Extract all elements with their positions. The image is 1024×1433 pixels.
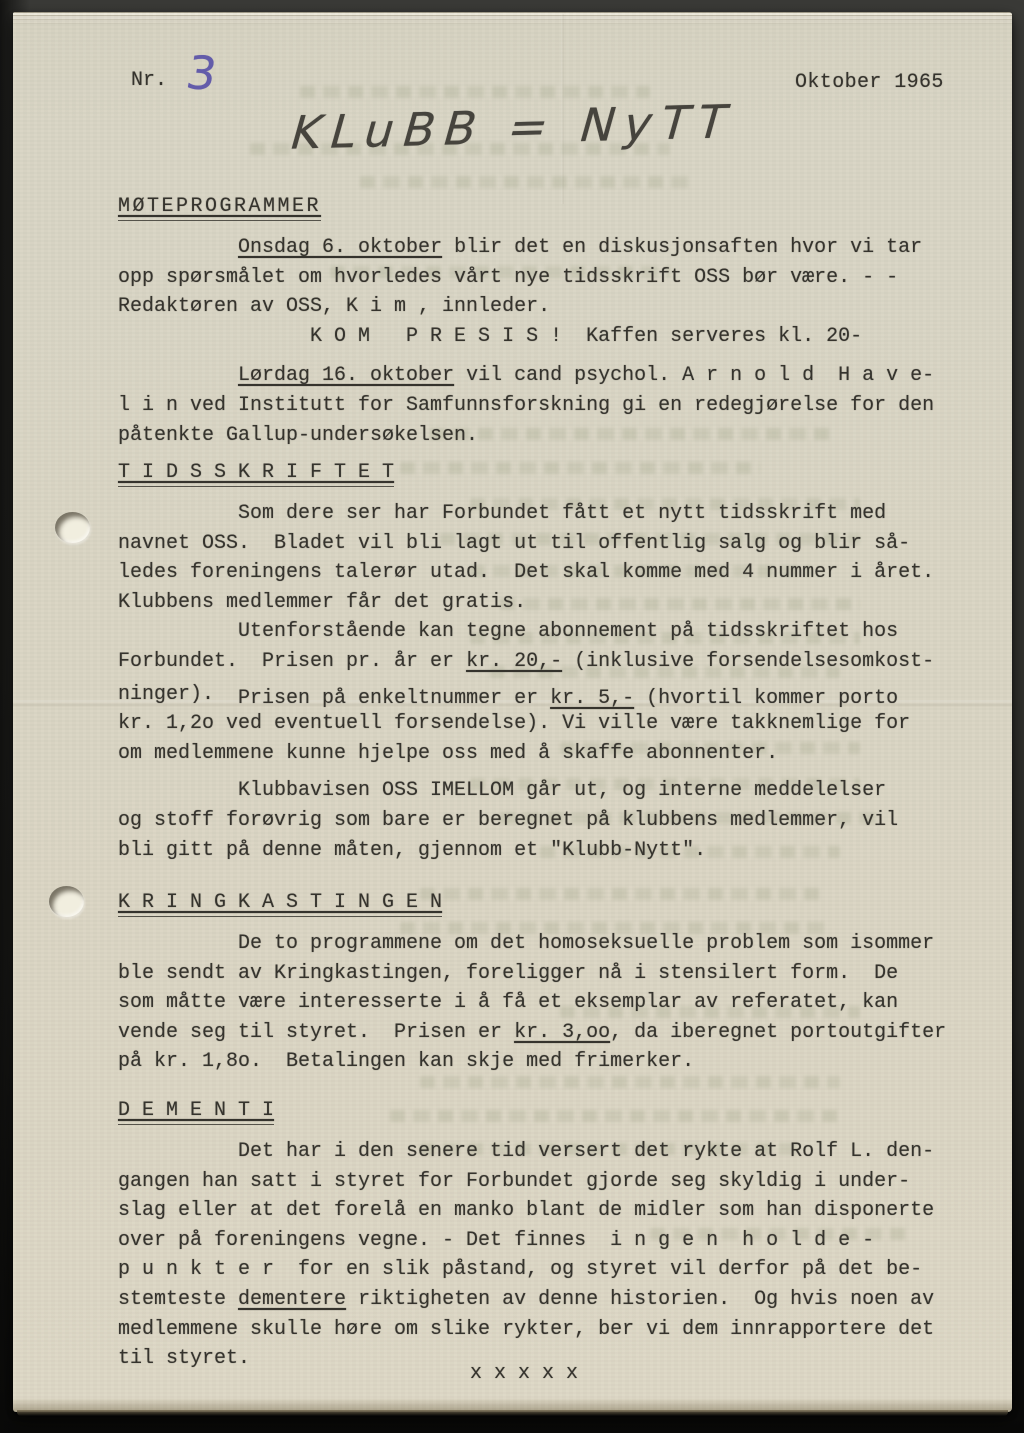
text-line: medlemmene skulle høre om slike rykter, … — [118, 1315, 988, 1345]
text-segment: (inklusive forsendelsesomkost- — [562, 650, 934, 673]
text-line: Det har i den senere tid versert det ryk… — [118, 1137, 988, 1167]
text-line: bli gitt på denne måten, gjennom et "Klu… — [118, 836, 988, 866]
scanner-background: { "document": { "masthead": { "number_la… — [0, 0, 1024, 1433]
text-line: og stoff forøvrig som bare er beregnet p… — [118, 806, 988, 836]
text-line: Utenforstående kan tegne abonnement på t… — [118, 617, 988, 647]
text-segment: Klubbavisen OSS IMELLOM går ut, og inter… — [118, 779, 886, 802]
text-segment: ledes foreningens talerør utad. Det skal… — [118, 561, 934, 584]
underlined-text: kr. 5,- — [550, 687, 634, 710]
section: D E M E N T I Det har i den senere tid v… — [118, 1099, 988, 1374]
end-marker: x x x x x — [470, 1362, 578, 1385]
section: K R I N G K A S T I N G E N De to progra… — [118, 891, 988, 1077]
underlined-text: kr. 3,oo — [514, 1021, 610, 1044]
section-heading: K R I N G K A S T I N G E N — [118, 891, 442, 917]
underlined-text: kr. 20,- — [466, 650, 562, 673]
text-line: på kr. 1,8o. Betalingen kan skje med fri… — [118, 1047, 988, 1077]
punch-hole-icon — [49, 886, 84, 917]
section-heading: T I D S S K R I F T E T — [118, 461, 394, 487]
text-segment: vende seg til styret. Prisen er — [118, 1021, 514, 1044]
text-line: Klubbens medlemmer får det gratis. — [118, 588, 988, 618]
bleed-through-text — [360, 176, 690, 188]
text-line: l i n ved Institutt for Samfunnsforsknin… — [118, 391, 988, 421]
text-segment: til styret. — [118, 1347, 250, 1370]
text-segment: ble sendt av Kringkastingen, foreligger … — [118, 962, 898, 985]
text-segment: riktigheten av denne historien. Og hvis … — [346, 1288, 934, 1311]
text-segment: bli gitt på denne måten, gjennom et "Klu… — [118, 839, 706, 862]
text-segment: og stoff forøvrig som bare er beregnet p… — [118, 809, 898, 832]
scanned-page: Nr. 3 Oktober 1965 KLuBB = NyTT MØTEPROG… — [13, 12, 1012, 1412]
punch-hole-icon — [55, 512, 90, 543]
text-segment: stemteste — [118, 1288, 238, 1311]
text-segment: Prisen på enkeltnummer er — [238, 687, 550, 710]
underlined-text: dementere — [238, 1288, 346, 1311]
text-segment: blir det en diskusjonsaften hvor vi tar — [442, 236, 922, 259]
text-segment: , da iberegnet portoutgifter — [610, 1021, 946, 1044]
text-segment: som måtte være interesserte i å få et ek… — [118, 991, 898, 1014]
handwritten-newsletter-title: KLuBB = NyTT — [283, 92, 743, 163]
text-line: slag eller at det forelå en manko blant … — [118, 1196, 988, 1226]
text-line: opp spørsmålet om hvorledes vårt nye tid… — [118, 263, 988, 293]
text-segment: medlemmene skulle høre om slike rykter, … — [118, 1318, 934, 1341]
text-segment: K O M P R E S I S ! Kaffen serveres kl. … — [118, 325, 862, 348]
underlined-text: Lørdag 16. oktober — [238, 364, 454, 387]
text-segment: om medlemmene kunne hjelpe oss med å ska… — [118, 742, 778, 765]
text-segment — [118, 364, 238, 387]
text-segment: ninger). — [118, 683, 238, 706]
section: T I D S S K R I F T E T Som dere ser har… — [118, 461, 988, 865]
section-heading: MØTEPROGRAMMER — [118, 195, 321, 221]
text-segment: Som dere ser har Forbundet fått et nytt … — [118, 502, 886, 525]
text-segment — [118, 236, 238, 259]
text-line: Lørdag 16. oktober vil cand psychol. A r… — [118, 361, 988, 391]
text-line: Onsdag 6. oktober blir det en diskusjons… — [118, 233, 988, 263]
text-line: ledes foreningens talerør utad. Det skal… — [118, 558, 988, 588]
handwritten-issue-number: 3 — [183, 49, 220, 97]
text-line: De to programmene om det homoseksuelle p… — [118, 929, 988, 959]
text-line: Som dere ser har Forbundet fått et nytt … — [118, 499, 988, 529]
text-line: Redaktøren av OSS, K i m , innleder. — [118, 292, 988, 322]
text-segment: l i n ved Institutt for Samfunnsforsknin… — [118, 394, 934, 417]
text-line: p u n k t e r for en slik påstand, og st… — [118, 1255, 988, 1285]
text-segment: vil cand psychol. A r n o l d H a v e- — [454, 364, 934, 387]
text-segment: (hvortil kommer porto — [634, 687, 898, 710]
text-segment: navnet OSS. Bladet vil bli lagt ut til o… — [118, 532, 910, 555]
text-segment: over på foreningens vegne. - Det finnes … — [118, 1229, 874, 1252]
text-segment: Utenforstående kan tegne abonnement på t… — [118, 620, 898, 643]
section: MØTEPROGRAMMER Onsdag 6. oktober blir de… — [118, 195, 988, 450]
text-segment: p u n k t e r for en slik påstand, og st… — [118, 1258, 922, 1281]
text-line: ninger). Prisen på enkeltnummer er kr. 5… — [118, 680, 988, 710]
text-line: som måtte være interesserte i å få et ek… — [118, 988, 988, 1018]
text-segment: Det har i den senere tid versert det ryk… — [118, 1140, 934, 1163]
text-line: stemteste dementere riktigheten av denne… — [118, 1285, 988, 1315]
text-segment: Forbundet. Prisen pr. år er — [118, 650, 466, 673]
text-line: om medlemmene kunne hjelpe oss med å ska… — [118, 739, 988, 769]
text-line: kr. 1,2o ved eventuell forsendelse). Vi … — [118, 709, 988, 739]
text-segment: gangen han satt i styret for Forbundet g… — [118, 1170, 910, 1193]
text-segment: slag eller at det forelå en manko blant … — [118, 1199, 934, 1222]
section-heading: D E M E N T I — [118, 1099, 274, 1125]
text-segment: De to programmene om det homoseksuelle p… — [118, 932, 934, 955]
text-segment: på kr. 1,8o. Betalingen kan skje med fri… — [118, 1050, 694, 1073]
text-line: navnet OSS. Bladet vil bli lagt ut til o… — [118, 529, 988, 559]
text-segment: Redaktøren av OSS, K i m , innleder. — [118, 295, 550, 318]
text-segment: påtenkte Gallup-undersøkelsen. — [118, 424, 478, 447]
text-line: påtenkte Gallup-undersøkelsen. — [118, 421, 988, 451]
bleed-through-text — [420, 1076, 840, 1088]
text-line: Klubbavisen OSS IMELLOM går ut, og inter… — [118, 776, 988, 806]
text-segment: opp spørsmålet om hvorledes vårt nye tid… — [118, 266, 898, 289]
text-line: over på foreningens vegne. - Det finnes … — [118, 1226, 988, 1256]
issue-date: Oktober 1965 — [795, 71, 944, 94]
text-line: ble sendt av Kringkastingen, foreligger … — [118, 959, 988, 989]
text-segment: kr. 1,2o ved eventuell forsendelse). Vi … — [118, 712, 910, 735]
text-segment: Klubbens medlemmer får det gratis. — [118, 591, 526, 614]
text-line: gangen han satt i styret for Forbundet g… — [118, 1167, 988, 1197]
issue-number-label: Nr. — [131, 69, 167, 92]
text-line: vende seg til styret. Prisen er kr. 3,oo… — [118, 1018, 988, 1048]
text-line: K O M P R E S I S ! Kaffen serveres kl. … — [118, 322, 988, 352]
underlined-text: Onsdag 6. oktober — [238, 236, 442, 259]
text-line: Forbundet. Prisen pr. år er kr. 20,- (in… — [118, 647, 988, 677]
